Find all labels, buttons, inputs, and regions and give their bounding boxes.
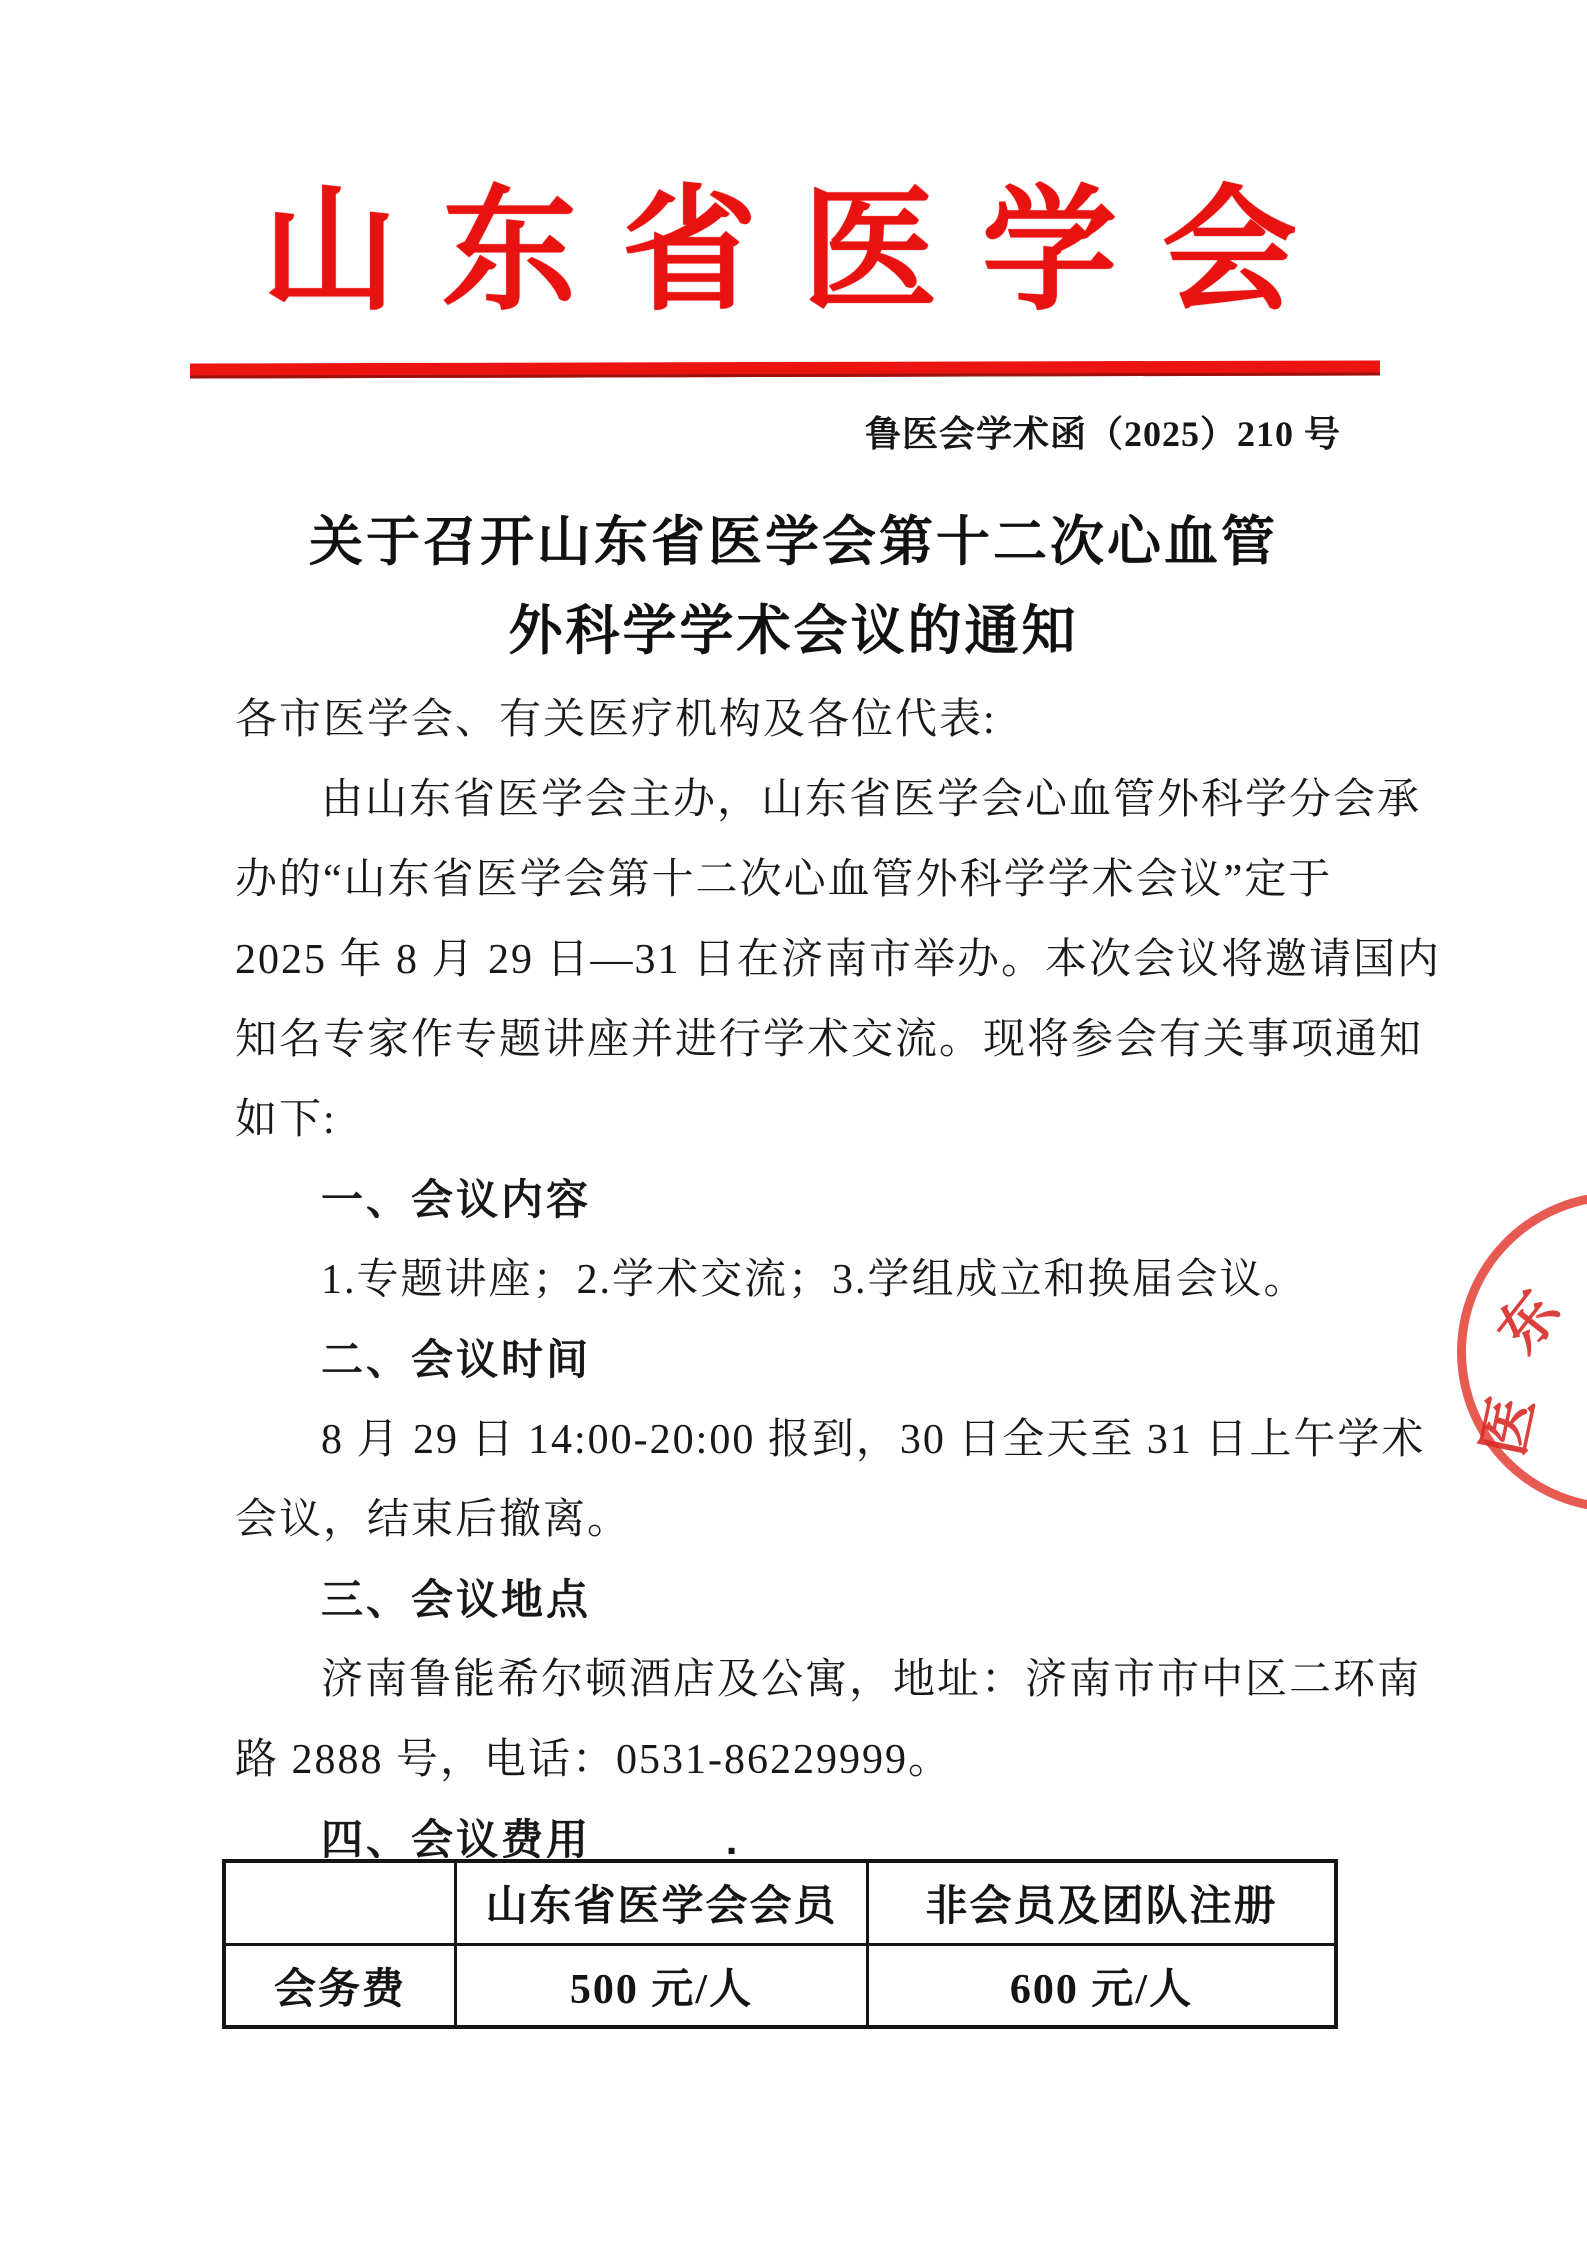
notice-title: 关于召开山东省医学会第十二次心血管 外科学学术会议的通知 bbox=[0, 498, 1587, 676]
fee-table-header-nonmember: 非会员及团队注册 bbox=[869, 1863, 1334, 1946]
document-number: 鲁医会学术函（2025）210 号 bbox=[865, 406, 1341, 457]
notice-body: 各市医学会、有关医疗机构及各位代表: 由山东省医学会主办，山东省医学会心血管外科… bbox=[235, 680, 1360, 1880]
salutation-line: 各市医学会、有关医疗机构及各位代表: bbox=[235, 680, 1360, 760]
body-line: 8 月 29 日 14:00-20:00 报到，30 日全天至 31 日上午学术 bbox=[235, 1400, 1360, 1480]
seal-character: 东 bbox=[1488, 1281, 1569, 1362]
notice-title-line1: 关于召开山东省医学会第十二次心血管 bbox=[0, 498, 1587, 587]
official-seal-stamp: 东 医 bbox=[1457, 1192, 1587, 1512]
fee-table: 山东省医学会会员 非会员及团队注册 会务费 500 元/人 600 元/人 bbox=[222, 1859, 1338, 2029]
seal-character: 医 bbox=[1475, 1392, 1544, 1461]
body-line: 路 2888 号，电话：0531-86229999。 bbox=[235, 1720, 1360, 1800]
body-line: 如下: bbox=[235, 1080, 1360, 1160]
body-line: 知名专家作专题讲座并进行学术交流。现将参会有关事项通知 bbox=[235, 1000, 1360, 1080]
notice-title-line2: 外科学学术会议的通知 bbox=[0, 587, 1587, 676]
red-divider-rule bbox=[190, 360, 1380, 378]
fee-table-header-empty bbox=[226, 1863, 457, 1946]
masthead-title: 山东省医学会 bbox=[262, 178, 1342, 328]
section-heading-time: 二、会议时间 bbox=[235, 1320, 1360, 1400]
fee-member-value: 500 元/人 bbox=[457, 1946, 869, 2025]
fee-table-header-member: 山东省医学会会员 bbox=[457, 1863, 869, 1946]
body-line: 济南鲁能希尔顿酒店及公寓，地址：济南市市中区二环南 bbox=[235, 1640, 1360, 1720]
body-line: 2025 年 8 月 29 日—31 日在济南市举办。本次会议将邀请国内 bbox=[235, 920, 1360, 1000]
fee-row-label: 会务费 bbox=[226, 1946, 457, 2025]
section-heading-venue: 三、会议地点 bbox=[235, 1560, 1360, 1640]
body-line: 由山东省医学会主办，山东省医学会心血管外科学分会承 bbox=[235, 760, 1360, 840]
body-line: 办的“山东省医学会第十二次心血管外科学学术会议”定于 bbox=[235, 840, 1360, 920]
document-page: 山东省医学会 鲁医会学术函（2025）210 号 关于召开山东省医学会第十二次心… bbox=[0, 0, 1587, 2245]
section-heading-fees-label: 四、会议费用 bbox=[321, 1816, 591, 1863]
body-line: 1.专题讲座；2.学术交流；3.学组成立和换届会议。 bbox=[235, 1240, 1360, 1320]
section-heading-content: 一、会议内容 bbox=[235, 1160, 1360, 1240]
body-line: 会议，结束后撤离。 bbox=[235, 1480, 1360, 1560]
fee-nonmember-value: 600 元/人 bbox=[869, 1946, 1334, 2025]
